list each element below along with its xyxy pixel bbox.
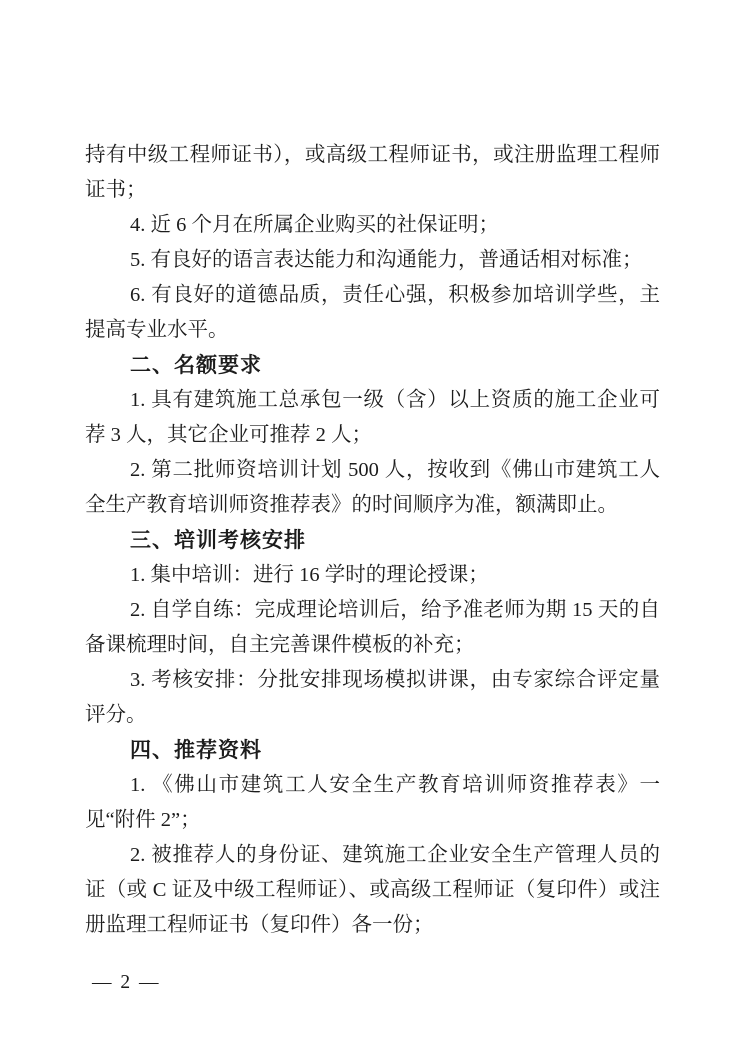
page-number: — 2 — (92, 971, 161, 995)
text-line: 提高专业水平。 (85, 313, 660, 348)
document-page: 持有中级工程师证书），或高级工程师证书，或注册监理工程师证书；4. 近 6 个月… (0, 0, 744, 1052)
text-line: 荐 3 人，其它企业可推荐 2 人； (85, 418, 660, 453)
text-line: 2. 自学自练：完成理论培训后，给予准老师为期 15 天的自行 (85, 593, 660, 628)
text-line: 6. 有良好的道德品质，责任心强，积极参加培训学些，主动 (85, 278, 660, 313)
text-line: 证书； (85, 173, 660, 208)
text-line: 全生产教育培训师资推荐表》的时间顺序为准，额满即止。 (85, 488, 660, 523)
text-line: 证（或 C 证及中级工程师证）、或高级工程师证（复印件）或注 (85, 873, 660, 908)
section-heading: 三、培训考核安排 (85, 523, 660, 558)
text-line: 5. 有良好的语言表达能力和沟通能力，普通话相对标准； (85, 243, 660, 278)
text-line: 见“附件 2”； (85, 803, 660, 838)
section-heading: 二、名额要求 (85, 348, 660, 383)
text-line: 1. 具有建筑施工总承包一级（含）以上资质的施工企业可推 (85, 383, 660, 418)
text-line: 2. 第二批师资培训计划 500 人，按收到《佛山市建筑工人安 (85, 453, 660, 488)
section-heading: 四、推荐资料 (85, 733, 660, 768)
text-line: 2. 被推荐人的身份证、建筑施工企业安全生产管理人员的 B (85, 838, 660, 873)
text-line: 册监理工程师证书（复印件）各一份； (85, 908, 660, 943)
document-body: 持有中级工程师证书），或高级工程师证书，或注册监理工程师证书；4. 近 6 个月… (85, 138, 660, 943)
text-line: 备课梳理时间，自主完善课件模板的补充； (85, 628, 660, 663)
text-line: 1. 《佛山市建筑工人安全生产教育培训师资推荐表》一份， (85, 768, 660, 803)
text-line: 评分。 (85, 698, 660, 733)
text-line: 1. 集中培训：进行 16 学时的理论授课； (85, 558, 660, 593)
text-line: 3. 考核安排：分批安排现场模拟讲课，由专家综合评定量化 (85, 663, 660, 698)
text-line: 4. 近 6 个月在所属企业购买的社保证明； (85, 208, 660, 243)
text-line: 持有中级工程师证书），或高级工程师证书，或注册监理工程师 (85, 138, 660, 173)
